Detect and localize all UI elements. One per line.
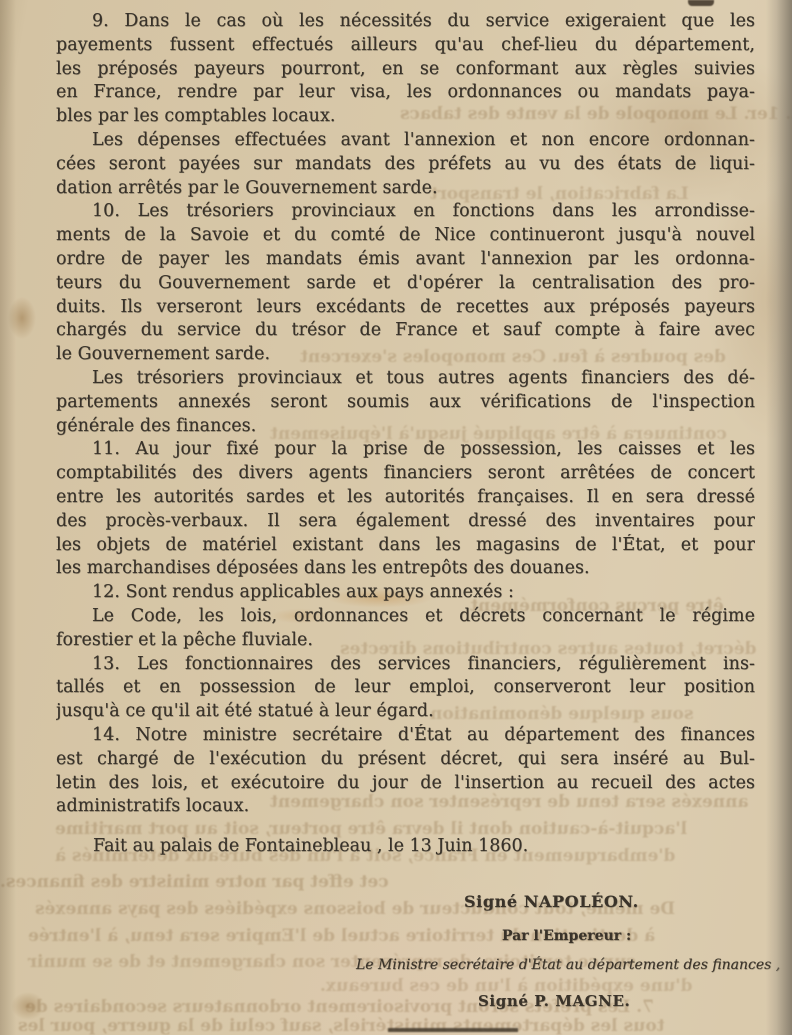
scan-artifact-bottom-rule bbox=[388, 1028, 518, 1032]
dateline: Fait au palais de Fontainebleau , le 13 … bbox=[93, 836, 528, 856]
text-line: dation arrêtés par le Gouvernement sarde… bbox=[56, 177, 755, 201]
text-line: le Gouvernement sarde. bbox=[56, 343, 755, 367]
text-line: entre les autorités sardes et les autori… bbox=[56, 486, 755, 510]
signature-by-emperor: Par l'Empereur : bbox=[502, 928, 631, 944]
paragraph: 11. Au jour fixé pour la prise de posses… bbox=[56, 438, 755, 581]
text-line: 12. Sont rendus applicables aux pays ann… bbox=[56, 581, 755, 605]
text-line: en France, rendre par leur visa, les ord… bbox=[56, 81, 755, 105]
text-line: bles par les comptables locaux. bbox=[56, 105, 755, 129]
text-line: ordre de payer les mandats émis avant l'… bbox=[56, 248, 755, 272]
paragraph: 14. Notre ministre secrétaire d'État au … bbox=[56, 724, 755, 819]
text-line: Les trésoriers provinciaux et tous autre… bbox=[56, 367, 755, 391]
paragraph: Les trésoriers provinciaux et tous autre… bbox=[56, 367, 755, 438]
bleedthrough-text: tous les départements ministériels, sauf… bbox=[18, 1016, 665, 1035]
text-line: 9. Dans le cas où les nécessités du serv… bbox=[56, 10, 755, 34]
text-line: chargés du service du trésor de France e… bbox=[56, 319, 755, 343]
text-line: les objets de matériel existant dans les… bbox=[56, 534, 755, 558]
text-line: 11. Au jour fixé pour la prise de posses… bbox=[56, 438, 755, 462]
text-line: administratifs locaux. bbox=[56, 795, 755, 819]
text-line: duits. Ils verseront leurs excédants de … bbox=[56, 296, 755, 320]
decree-body: 9. Dans le cas où les nécessités du serv… bbox=[56, 10, 755, 819]
page-edge-left bbox=[0, 0, 16, 1035]
paragraph: Les dépenses effectuées avant l'annexion… bbox=[56, 129, 755, 200]
paragraph: Le Code, les lois, ordonnances et décret… bbox=[56, 605, 755, 653]
signature-magne: Signé P. MAGNE. bbox=[478, 992, 630, 1010]
paragraph: 10. Les trésoriers provinciaux en foncti… bbox=[56, 200, 755, 367]
text-line: payements fussent effectués ailleurs qu'… bbox=[56, 34, 755, 58]
text-line: ments de la Savoie et du comté de Nice c… bbox=[56, 224, 755, 248]
text-line: Le Code, les lois, ordonnances et décret… bbox=[56, 605, 755, 629]
text-line: générale des finances. bbox=[56, 415, 755, 439]
text-line: les préposés payeurs pourront, en se con… bbox=[56, 58, 755, 82]
text-line: jusqu'à ce qu'il ait été statué à leur é… bbox=[56, 700, 755, 724]
text-line: letin des lois, et exécutoire du jour de… bbox=[56, 772, 755, 796]
text-line: 14. Notre ministre secrétaire d'État au … bbox=[56, 724, 755, 748]
bleedthrough-text: cet effet par notre ministre des finance… bbox=[0, 872, 389, 892]
text-line: comptabilités des divers agents financie… bbox=[56, 462, 755, 486]
paragraph: 9. Dans le cas où les nécessités du serv… bbox=[56, 10, 755, 129]
text-line: tallés et en possession de leur emploi, … bbox=[56, 676, 755, 700]
text-line: 10. Les trésoriers provinciaux en foncti… bbox=[56, 200, 755, 224]
paragraph: 13. Les fonctionnaires des services fina… bbox=[56, 653, 755, 724]
page-edge-right bbox=[766, 0, 792, 1035]
paragraph: 12. Sont rendus applicables aux pays ann… bbox=[56, 581, 755, 605]
text-line: forestier et la pêche fluviale. bbox=[56, 629, 755, 653]
text-line: cées seront payées sur mandats des préfe… bbox=[56, 153, 755, 177]
document-page: Art. 1er. Le monopole de la vente des ta… bbox=[0, 0, 792, 1035]
text-line: partements annexés seront soumis aux vér… bbox=[56, 391, 755, 415]
text-line: teurs du Gouvernement sarde et d'opérer … bbox=[56, 272, 755, 296]
text-line: les marchandises déposées dans les entre… bbox=[56, 557, 755, 581]
text-line: Les dépenses effectuées avant l'annexion… bbox=[56, 129, 755, 153]
signature-minister-title: Le Ministre secrétaire d'État au départe… bbox=[356, 957, 780, 973]
text-line: des procès-verbaux. Il sera également dr… bbox=[56, 510, 755, 534]
text-line: est chargé de l'exécution du présent déc… bbox=[56, 748, 755, 772]
text-line: 13. Les fonctionnaires des services fina… bbox=[56, 653, 755, 677]
scan-artifact-top-mark bbox=[688, 0, 714, 6]
signature-napoleon: Signé NAPOLÉON. bbox=[464, 892, 639, 911]
